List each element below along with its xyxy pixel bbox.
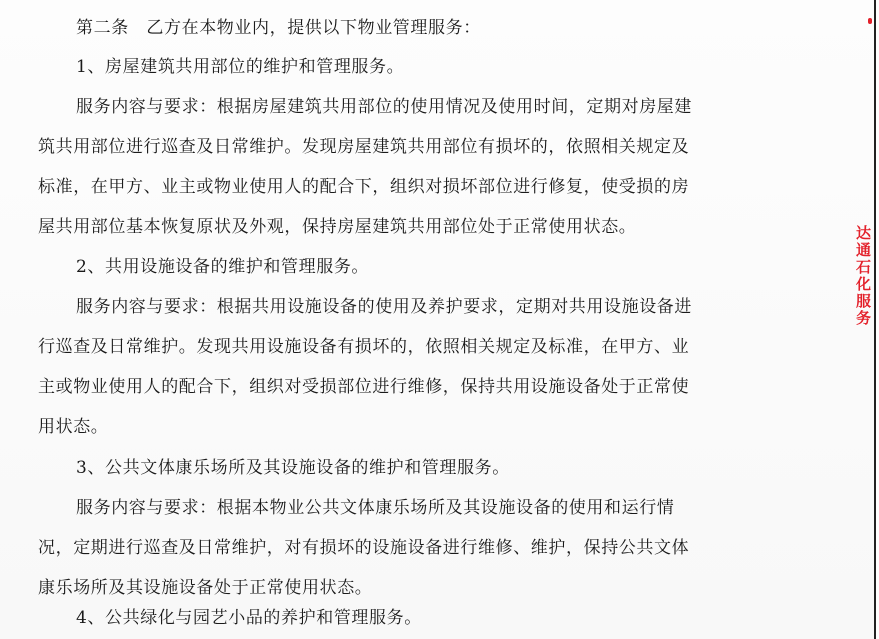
- section-2-line-1: 服务内容与要求：根据共用设施设备的使用及养护要求，定期对共用设施设备进: [76, 297, 692, 317]
- section-2-line-2: 行巡查及日常维护。发现共用设施设备有损坏的，依照相关规定及标准，在甲方、业: [38, 337, 689, 357]
- section-1-title: 1、房屋建筑共用部位的维护和管理服务。: [76, 57, 404, 77]
- section-2-title: 2、共用设施设备的维护和管理服务。: [76, 257, 369, 277]
- red-seal-stamp: 达通石化服务: [854, 225, 874, 425]
- document-page: 第二条 乙方在本物业内，提供以下物业管理服务： 1、房屋建筑共用部位的维护和管理…: [0, 0, 874, 639]
- section-3-line-3: 康乐场所及其设施设备处于正常使用状态。: [38, 578, 372, 598]
- article-heading: 第二条 乙方在本物业内，提供以下物业管理服务：: [76, 18, 481, 38]
- section-2-line-3: 主或物业使用人的配合下，组织对受损部位进行维修，保持共用设施设备处于正常使: [38, 377, 689, 397]
- section-3-line-1: 服务内容与要求：根据本物业公共文体康乐场所及其设施设备的使用和运行情: [76, 498, 674, 518]
- section-2-line-4: 用状态。: [38, 417, 108, 437]
- stamp-fragment: [868, 18, 872, 24]
- section-1-line-3: 标准，在甲方、业主或物业使用人的配合下，组织对损坏部位进行修复，使受损的房: [38, 177, 689, 197]
- section-1-line-2: 筑共用部位进行巡查及日常维护。发现房屋建筑共用部位有损坏的，依照相关规定及: [38, 137, 689, 157]
- section-1-line-4: 屋共用部位基本恢复原状及外观，保持房屋建筑共用部位处于正常使用状态。: [38, 217, 636, 237]
- section-3-title: 3、公共文体康乐场所及其设施设备的维护和管理服务。: [76, 458, 510, 478]
- section-1-line-1: 服务内容与要求：根据房屋建筑共用部位的使用情况及使用时间，定期对房屋建: [76, 97, 692, 117]
- section-4-title: 4、公共绿化与园艺小品的养护和管理服务。: [76, 608, 422, 628]
- section-3-line-2: 况，定期进行巡查及日常维护，对有损坏的设施设备进行维修、维护，保持公共文体: [38, 538, 689, 558]
